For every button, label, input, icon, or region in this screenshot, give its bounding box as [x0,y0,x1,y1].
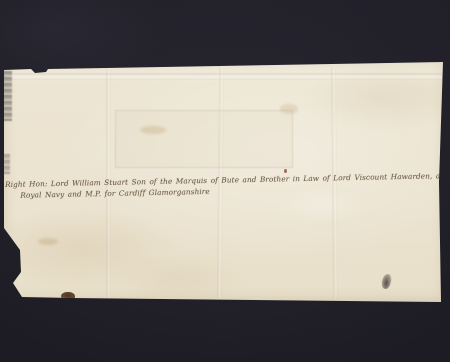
tape-residue-mark [2,154,10,174]
ink-smudge [381,273,392,289]
paper-stain [280,104,298,114]
handwritten-annotation: Right Hon: Lord William Stuart Son of th… [5,171,445,201]
ink-speck [284,169,287,173]
seal-impression-outline [115,110,293,168]
document-paper: Right Hon: Lord William Stuart Son of th… [2,60,446,302]
wax-spot [61,292,75,301]
paper-stain [140,126,166,134]
photo-background: Right Hon: Lord William Stuart Son of th… [0,0,450,362]
tape-residue-mark [2,71,12,121]
paper-stain [38,238,58,245]
